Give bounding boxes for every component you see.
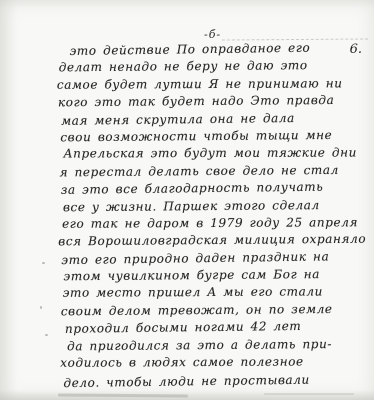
scan-speck — [45, 334, 48, 336]
scan-smudge — [264, 393, 354, 395]
page-mark-center: -б- — [204, 28, 221, 41]
manuscript-text: это действие По оправданое его делат нен… — [56, 40, 367, 392]
manuscript-line: его так не даром в 1979 году 25 апреля — [62, 214, 366, 233]
manuscript-line: самое будет лутши Я не принимаю ни — [57, 75, 365, 94]
manuscript-line: дело. чтобы люди не простывали — [63, 371, 367, 393]
scan-speck — [42, 262, 45, 264]
manuscript-line: мая меня скрутила она не дала — [61, 109, 365, 130]
manuscript-line: это место пришел А мы его стали — [63, 284, 367, 303]
manuscript-line: делат ненадо не беру не даю это — [59, 57, 365, 77]
manuscript-page: -б- 6. это действие По оправданое его де… — [0, 0, 374, 400]
manuscript-line: Апрельская это будут мои тяжкие дни — [63, 145, 365, 163]
manuscript-line: ходилось в людях самое полезное — [60, 353, 367, 372]
scan-smudge — [58, 394, 188, 398]
manuscript-line: да пригодился за это а делать при- — [67, 335, 367, 355]
manuscript-line: все у жизни. Паршек этого сделал — [63, 196, 366, 216]
scan-speck — [40, 306, 42, 309]
